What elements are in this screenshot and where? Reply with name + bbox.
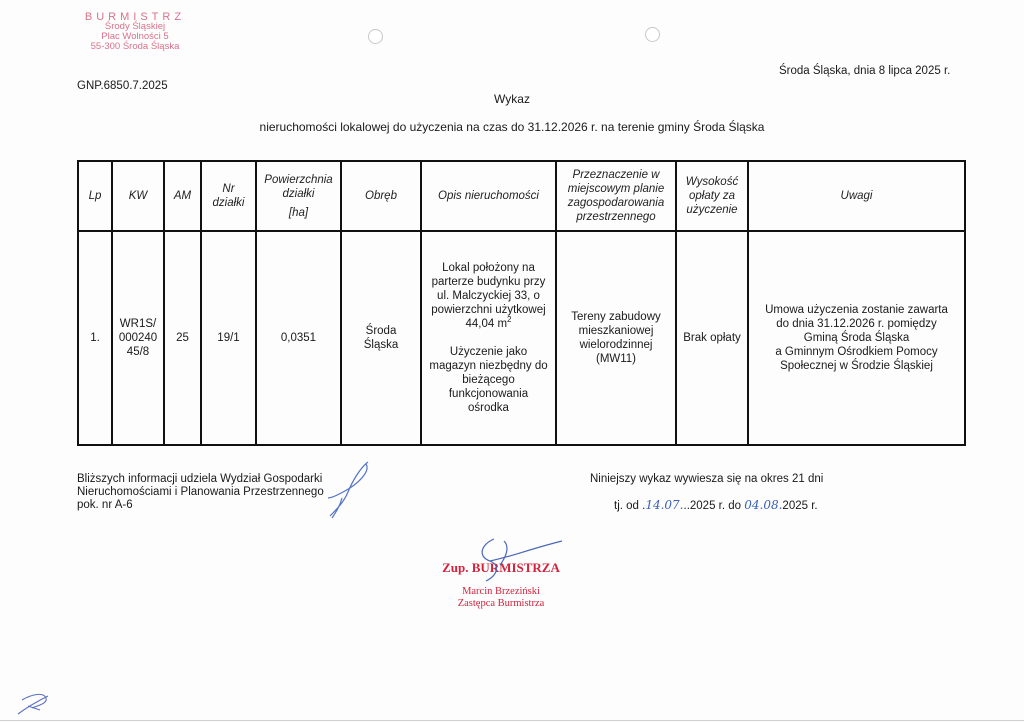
header-text: [ha] [260,206,337,220]
page-edge [0,720,1024,721]
cell-text: (MW11) [560,352,672,366]
cell-area: 44,04 m2 [425,317,552,331]
area-value: 44,04 m [465,318,507,330]
header-przeznaczenie: Przeznaczenie w miejscowym planie zagosp… [556,161,676,231]
stamp-line: 55-300 Środa Śląska [60,42,210,52]
info-line: pok. nr A-6 [77,499,324,512]
header-powierzchnia: Powierzchnia działki [ha] [256,161,341,231]
cell-uwagi: Umowa użyczenia zostanie zawarta do dnia… [748,231,965,445]
cell-text: Umowa użyczenia zostanie zawarta [752,303,961,317]
document-title: Wykaz [0,92,1024,106]
cell-am: 25 [164,231,201,445]
header-text: zagospodarowania [560,196,672,210]
place-date: Środa Śląska, dnia 8 lipca 2025 r. [779,65,950,77]
header-obreb: Obręb [341,161,421,231]
signature-name: Marcin Brzeziński [436,586,566,598]
cell-text: Tereny zabudowy [560,310,672,324]
punch-hole-right [645,27,660,42]
header-opis: Opis nieruchomości [421,161,556,231]
signature-role: Zastępca Burmistrza [436,598,566,610]
property-table: Lp KW AM Nr działki Powierzchnia działki… [77,160,966,446]
header-uwagi: Uwagi [748,161,965,231]
punch-hole-left [368,29,383,44]
header-text: Powierzchnia [260,173,337,187]
cell-text: mieszkaniowej [560,324,672,338]
period-suffix: 2025 r. [782,500,817,512]
header-text: działki [205,196,252,210]
cell-text: Lokal położony na [425,261,552,275]
cell-text: a Gminnym Ośrodkiem Pomocy [752,345,961,359]
header-text: działki [260,187,337,201]
header-text: użyczenie [680,203,744,217]
cell-text: 45/8 [116,345,160,359]
cell-nr-dzialki: 19/1 [201,231,256,445]
cell-text: powierzchni użytkowej [425,303,552,317]
period-middle: ..2025 r. do [684,500,745,512]
cell-text: 000240 [116,331,160,345]
header-lp: Lp [78,161,112,231]
cell-text: Użyczenie jako [425,345,552,359]
cell-text: ośrodka [425,401,552,415]
posting-period: tj. od .14.07...2025 r. do 04.08.2025 r. [614,498,818,512]
table-header-row: Lp KW AM Nr działki Powierzchnia działki… [78,161,965,231]
period-to-date: 04.08. [744,498,782,512]
cell-przeznaczenie: Tereny zabudowy mieszkaniowej wielorodzi… [556,231,676,445]
cell-text: parterze budynku przy [425,275,552,289]
spacer [425,331,552,345]
header-oplata: Wysokość opłaty za użyczenie [676,161,748,231]
office-stamp: BURMISTRZ Środy Śląskiej Plac Wolności 5… [60,12,210,52]
header-text: Wysokość [680,175,744,189]
handwritten-signature-icon [470,535,565,585]
info-line: Nieruchomościami i Planowania Przestrzen… [77,486,324,499]
cell-text: Gminą Środa Śląska [752,331,961,345]
bottom-initials-icon [14,690,54,716]
contact-info: Bliższych informacji udziela Wydział Gos… [77,473,324,512]
cell-obreb: Środa Śląska [341,231,421,445]
cell-text: Środa [345,324,417,338]
header-text: Nr [205,182,252,196]
area-unit-exponent: 2 [507,315,511,324]
cell-text: WR1S/ [116,317,160,331]
cell-lp: 1. [78,231,112,445]
cell-text: bieżącego [425,373,552,387]
period-prefix: tj. od . [614,500,645,512]
header-text: Przeznaczenie w [560,168,672,182]
cell-text: Społecznej w Środzie Śląskiej [752,359,961,373]
period-from-date: 14.07. [645,498,683,512]
cell-text: magazyn niezbędny do [425,359,552,373]
header-text: miejscowym planie [560,182,672,196]
cell-kw: WR1S/ 000240 45/8 [112,231,164,445]
cell-text: wielorodzinnej [560,338,672,352]
initials-signature-icon [322,458,372,520]
reference-number: GNP.6850.7.2025 [77,80,168,92]
cell-powierzchnia: 0,0351 [256,231,341,445]
cell-opis: Lokal położony na parterze budynku przy … [421,231,556,445]
document-subtitle: nieruchomości lokalowej do użyczenia na … [0,120,1024,134]
cell-text: ul. Malczyckiej 33, o [425,289,552,303]
cell-text: Śląska [345,338,417,352]
cell-text: funkcjonowania [425,387,552,401]
posting-notice: Niniejszy wykaz wywiesza się na okres 21… [590,473,823,485]
header-text: opłaty za [680,189,744,203]
table-row: 1. WR1S/ 000240 45/8 25 19/1 0,0351 Środ… [78,231,965,445]
cell-text: do dnia 31.12.2026 r. pomiędzy [752,317,961,331]
header-kw: KW [112,161,164,231]
header-nr-dzialki: Nr działki [201,161,256,231]
header-am: AM [164,161,201,231]
cell-oplata: Brak opłaty [676,231,748,445]
header-text: przestrzennego [560,210,672,224]
info-line: Bliższych informacji udziela Wydział Gos… [77,473,324,486]
